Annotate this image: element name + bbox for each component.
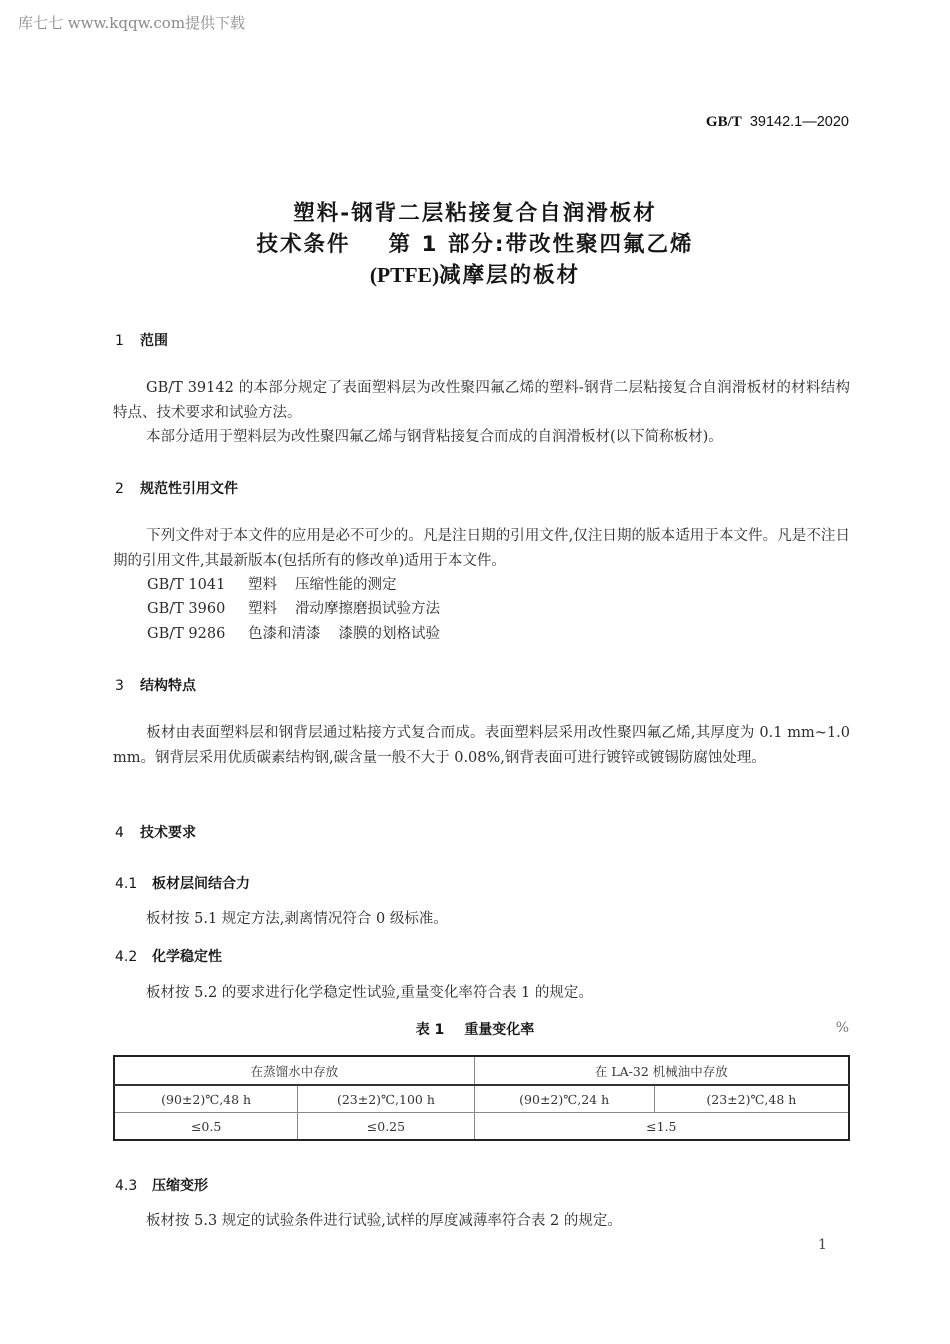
table-cell-condition: (23±2)℃,48 h bbox=[654, 1085, 849, 1113]
doc-title-line2b: 第 1 部分:带改性聚四氟乙烯 bbox=[388, 232, 693, 257]
weight-change-table: 在蒸馏水中存放 在 LA-32 机械油中存放 (90±2)℃,48 h (23±… bbox=[113, 1055, 850, 1141]
table-group-header: 在蒸馏水中存放 bbox=[114, 1056, 474, 1085]
paragraph-text: GB/T 39142 的本部分规定了表面塑料层为改性聚四氟乙烯的塑料-钢背二层粘… bbox=[113, 380, 850, 421]
section-3-heading: 3结构特点 bbox=[115, 675, 196, 695]
section-3-paragraph-1: 板材由表面塑料层和钢背层通过粘接方式复合而成。表面塑料层采用改性聚四氟乙烯,其厚… bbox=[113, 721, 850, 770]
section-1-paragraph-2: 本部分适用于塑料层为改性聚四氟乙烯与钢背粘接复合而成的自润滑板材(以下简称板材)… bbox=[113, 425, 850, 450]
section-number: 4.2 bbox=[115, 949, 152, 965]
reference-title-part1: 色漆和清漆 bbox=[248, 622, 321, 643]
section-4-2-paragraph: 板材按 5.2 的要求进行化学稳定性试验,重量变化率符合表 1 的规定。 bbox=[113, 981, 850, 1006]
normative-reference: GB/T 1041塑料压缩性能的测定 bbox=[147, 573, 397, 594]
table-group-header: 在 LA-32 机械油中存放 bbox=[474, 1056, 849, 1085]
page-number: 1 bbox=[818, 1237, 827, 1253]
standard-code: GB/T 39142.1—2020 bbox=[706, 114, 849, 131]
table-row: ≤0.5 ≤0.25 ≤1.5 bbox=[114, 1113, 849, 1141]
reference-code: GB/T 1041 bbox=[147, 577, 248, 593]
paragraph-text: 板材由表面塑料层和钢背层通过粘接方式复合而成。表面塑料层采用改性聚四氟乙烯,其厚… bbox=[113, 725, 850, 766]
doc-title-line1: 塑料-钢背二层粘接复合自润滑板材 bbox=[0, 196, 950, 227]
doc-title-line2a: 技术条件 bbox=[257, 232, 351, 257]
section-4-1-heading: 4.1板材层间结合力 bbox=[115, 873, 250, 893]
section-number: 4.3 bbox=[115, 1178, 152, 1194]
table-header-row: 在蒸馏水中存放 在 LA-32 机械油中存放 bbox=[114, 1056, 849, 1085]
section-title: 化学稳定性 bbox=[152, 949, 222, 965]
table-cell-condition: (90±2)℃,24 h bbox=[474, 1085, 654, 1113]
reference-title-part2: 滑动摩擦磨损试验方法 bbox=[295, 597, 440, 618]
reference-title-part1: 塑料 bbox=[248, 597, 277, 618]
section-2-heading: 2规范性引用文件 bbox=[115, 478, 238, 498]
table-caption-text: 重量变化率 bbox=[464, 1022, 534, 1038]
table-unit: % bbox=[836, 1020, 849, 1036]
table-1-caption: 表 1重量变化率 bbox=[0, 1019, 950, 1039]
paragraph-text: 板材按 5.2 的要求进行化学稳定性试验,重量变化率符合表 1 的规定。 bbox=[146, 985, 593, 1001]
section-title: 范围 bbox=[140, 333, 168, 349]
doc-title-line3b: 减摩层的板材 bbox=[439, 263, 580, 288]
section-title: 结构特点 bbox=[140, 678, 196, 694]
section-4-3-heading: 4.3压缩变形 bbox=[115, 1175, 208, 1195]
section-title: 压缩变形 bbox=[152, 1178, 208, 1194]
doc-title-line2: 技术条件 第 1 部分:带改性聚四氟乙烯 bbox=[0, 227, 950, 258]
table-cell-value: ≤0.5 bbox=[114, 1113, 298, 1141]
reference-title-part1: 塑料 bbox=[248, 573, 277, 594]
section-number: 4 bbox=[115, 825, 140, 841]
section-1-heading: 1范围 bbox=[115, 330, 168, 350]
table-cell-condition: (90±2)℃,48 h bbox=[114, 1085, 298, 1113]
doc-title-line3a: (PTFE) bbox=[370, 263, 439, 287]
normative-reference: GB/T 9286色漆和清漆漆膜的划格试验 bbox=[147, 622, 440, 643]
section-number: 3 bbox=[115, 678, 140, 694]
section-4-3-paragraph: 板材按 5.3 规定的试验条件进行试验,试样的厚度减薄率符合表 2 的规定。 bbox=[113, 1209, 850, 1234]
section-number: 4.1 bbox=[115, 876, 152, 892]
reference-code: GB/T 9286 bbox=[147, 626, 248, 642]
table-row: (90±2)℃,48 h (23±2)℃,100 h (90±2)℃,24 h … bbox=[114, 1085, 849, 1113]
paragraph-text: 板材按 5.3 规定的试验条件进行试验,试样的厚度减薄率符合表 2 的规定。 bbox=[146, 1213, 622, 1229]
section-title: 规范性引用文件 bbox=[140, 481, 238, 497]
section-number: 1 bbox=[115, 333, 140, 349]
normative-reference: GB/T 3960塑料滑动摩擦磨损试验方法 bbox=[147, 597, 440, 618]
section-4-2-heading: 4.2化学稳定性 bbox=[115, 946, 222, 966]
section-title: 技术要求 bbox=[140, 825, 196, 841]
section-1-paragraph-1: GB/T 39142 的本部分规定了表面塑料层为改性聚四氟乙烯的塑料-钢背二层粘… bbox=[113, 376, 850, 425]
paragraph-text: 本部分适用于塑料层为改性聚四氟乙烯与钢背粘接复合而成的自润滑板材(以下简称板材)… bbox=[146, 429, 723, 445]
watermark-text: 库七七 www.kqqw.com提供下载 bbox=[18, 12, 245, 33]
section-2-paragraph-1: 下列文件对于本文件的应用是必不可少的。凡是注日期的引用文件,仅注日期的版本适用于… bbox=[113, 524, 850, 573]
table-label: 表 1 bbox=[416, 1022, 445, 1038]
paragraph-text: 下列文件对于本文件的应用是必不可少的。凡是注日期的引用文件,仅注日期的版本适用于… bbox=[113, 528, 850, 569]
standard-prefix: GB/T bbox=[706, 114, 742, 130]
section-title: 板材层间结合力 bbox=[152, 876, 250, 892]
reference-code: GB/T 3960 bbox=[147, 601, 248, 617]
table-cell-condition: (23±2)℃,100 h bbox=[298, 1085, 474, 1113]
standard-number: 39142.1—2020 bbox=[750, 114, 849, 130]
table-cell-value: ≤1.5 bbox=[474, 1113, 849, 1141]
reference-title-part2: 漆膜的划格试验 bbox=[339, 622, 441, 643]
doc-title-line3: (PTFE)减摩层的板材 bbox=[0, 258, 950, 289]
section-4-1-paragraph: 板材按 5.1 规定方法,剥离情况符合 0 级标准。 bbox=[113, 907, 850, 932]
section-number: 2 bbox=[115, 481, 140, 497]
paragraph-text: 板材按 5.1 规定方法,剥离情况符合 0 级标准。 bbox=[146, 911, 448, 927]
reference-title-part2: 压缩性能的测定 bbox=[295, 573, 397, 594]
section-4-heading: 4技术要求 bbox=[115, 822, 196, 842]
table-cell-value: ≤0.25 bbox=[298, 1113, 474, 1141]
